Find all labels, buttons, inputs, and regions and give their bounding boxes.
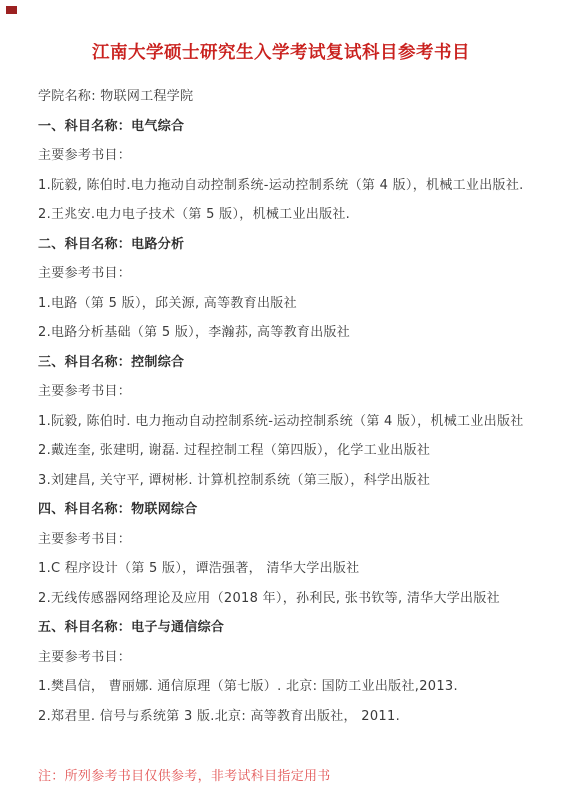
reference-list-label: 主要参考书目： bbox=[38, 267, 524, 282]
section-heading: 三、科目名称：控制综合 bbox=[38, 356, 524, 371]
section-heading: 五、科目名称：电子与通信综合 bbox=[38, 621, 524, 636]
reference-list-label: 主要参考书目： bbox=[38, 651, 524, 666]
book-item: 2.郑君里. 信号与系统第 3 版.北京: 高等教育出版社， 2011. bbox=[38, 710, 524, 725]
book-item: 1.电路（第 5 版），邱关源, 高等教育出版社 bbox=[38, 297, 524, 312]
section-heading: 四、科目名称：物联网综合 bbox=[38, 503, 524, 518]
reference-list-label: 主要参考书目： bbox=[38, 533, 524, 548]
subject-section-4: 四、科目名称：物联网综合 主要参考书目： 1.C 程序设计（第 5 版），谭浩强… bbox=[38, 503, 524, 606]
page-title: 江南大学硕士研究生入学考试复试科目参考书目 bbox=[0, 0, 562, 64]
book-item: 1.阮毅, 陈伯时.电力拖动自动控制系统-运动控制系统（第 4 版），机械工业出… bbox=[38, 179, 524, 194]
subject-section-5: 五、科目名称：电子与通信综合 主要参考书目： 1.樊昌信， 曹丽娜. 通信原理（… bbox=[38, 621, 524, 724]
document-content: 学院名称: 物联网工程学院 一、科目名称：电气综合 主要参考书目： 1.阮毅, … bbox=[0, 64, 562, 785]
subject-section-2: 二、科目名称：电路分析 主要参考书目： 1.电路（第 5 版），邱关源, 高等教… bbox=[38, 238, 524, 341]
book-item: 1.C 程序设计（第 5 版），谭浩强著， 清华大学出版社 bbox=[38, 562, 524, 577]
subject-section-1: 一、科目名称：电气综合 主要参考书目： 1.阮毅, 陈伯时.电力拖动自动控制系统… bbox=[38, 120, 524, 223]
college-name: 学院名称: 物联网工程学院 bbox=[38, 90, 524, 105]
book-item: 2.戴连奎, 张建明, 谢磊. 过程控制工程（第四版），化学工业出版社 bbox=[38, 444, 524, 459]
book-item: 3.刘建昌, 关守平, 谭树彬. 计算机控制系统（第三版），科学出版社 bbox=[38, 474, 524, 489]
book-item: 2.无线传感器网络理论及应用（2018 年），孙利民, 张书钦等, 清华大学出版… bbox=[38, 592, 524, 607]
section-heading: 一、科目名称：电气综合 bbox=[38, 120, 524, 135]
book-item: 1.阮毅, 陈伯时. 电力拖动自动控制系统-运动控制系统（第 4 版），机械工业… bbox=[38, 415, 524, 430]
section-heading: 二、科目名称：电路分析 bbox=[38, 238, 524, 253]
reference-list-label: 主要参考书目： bbox=[38, 385, 524, 400]
book-item: 2.电路分析基础（第 5 版），李瀚荪, 高等教育出版社 bbox=[38, 326, 524, 341]
reference-list-label: 主要参考书目： bbox=[38, 149, 524, 164]
subject-section-3: 三、科目名称：控制综合 主要参考书目： 1.阮毅, 陈伯时. 电力拖动自动控制系… bbox=[38, 356, 524, 489]
corner-mark bbox=[6, 6, 17, 14]
book-item: 2.王兆安.电力电子技术（第 5 版），机械工业出版社. bbox=[38, 208, 524, 223]
book-item: 1.樊昌信， 曹丽娜. 通信原理（第七版）. 北京: 国防工业出版社,2013. bbox=[38, 680, 524, 695]
footnote: 注：所列参考书目仅供参考，非考试科目指定用书 bbox=[38, 770, 524, 785]
document-page: 江南大学硕士研究生入学考试复试科目参考书目 学院名称: 物联网工程学院 一、科目… bbox=[0, 0, 562, 809]
